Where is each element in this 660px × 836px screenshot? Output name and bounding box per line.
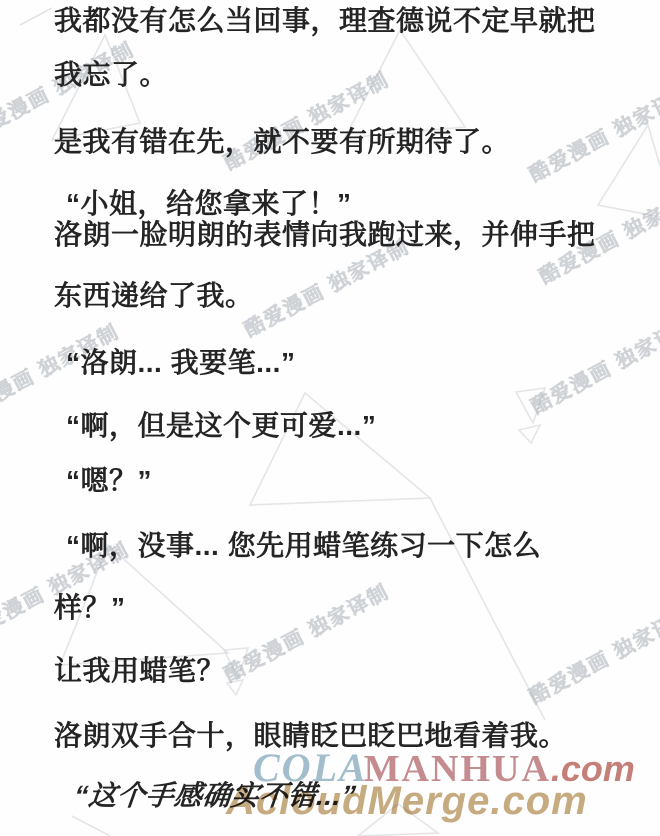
text-line: 洛朗一脸明朗的表情向我跑过来，并伸手把 [54,219,596,251]
dialogue-line-italic: “这个手感确实不错...” [72,780,357,812]
watermark-line [20,8,52,25]
translator-stamp-watermark: 酷爱漫画 独家译制 [523,76,660,188]
text-line: 我忘了。 [54,59,168,91]
colamanhua-suffix: .com [551,748,635,789]
text-line: 我都没有怎么当回事，理查德说不定早就把 [54,5,596,37]
dialogue-line: “小姐，给您拿来了！” [66,188,352,220]
text-line: 东西递给了我。 [54,280,254,312]
translator-stamp-watermark: 酷爱漫画 独家译制 [525,308,660,420]
watermark-triangle [358,804,438,836]
translator-stamp-watermark: 酷爱漫画 独家译制 [218,64,394,176]
watermark-triangle [224,648,248,678]
translator-stamp-watermark: 酷爱漫画 独家译制 [523,598,660,710]
watermark-triangle [598,125,660,220]
dialogue-line: “洛朗... 我要笔...” [66,347,295,379]
dialogue-line: “嗯？” [66,465,152,497]
translator-stamp-watermark: 酷爱漫画 独家译制 [218,576,394,688]
watermark-triangle [519,425,540,443]
text-line: 让我用蜡笔？ [54,655,225,687]
manhua-text-page: { "page": { "background": "#fefefe", "te… [0,0,660,836]
watermark-triangle [345,30,465,138]
dialogue-line: “啊，没事... 您先用蜡笔练习一下怎么 [66,530,541,562]
watermark-line [72,816,110,836]
watermark-triangle [227,680,243,695]
watermark-triangle [516,388,545,423]
text-line: 洛朗双手合十，眼睛眨巴眨巴地看着我。 [54,720,567,752]
dialogue-line: “啊，但是这个更可爱...” [66,410,376,442]
text-line: 是我有错在先，就不要有所期待了。 [54,126,510,158]
colamanhua-name: MANHUA [364,748,551,790]
dialogue-line: 样？” [54,592,126,624]
